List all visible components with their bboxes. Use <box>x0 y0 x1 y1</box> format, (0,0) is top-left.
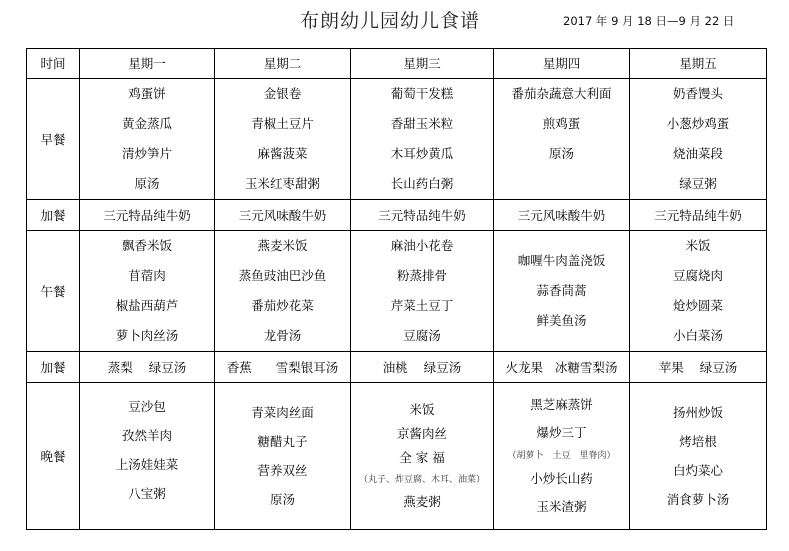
breakfast-row: 早餐 鸡蛋饼 黄金蒸瓜 清炒笋片 原汤 金银卷 青椒土豆片 麻酱菠菜 玉米红枣甜… <box>27 79 767 200</box>
menu-item: 鲜美鱼汤 <box>536 306 586 336</box>
menu-item: 长山药白粥 <box>391 169 454 199</box>
row-label-dinner: 晚餐 <box>27 383 80 530</box>
snack-fruit: 香蕉 <box>227 360 252 375</box>
menu-item: 番茄炒花菜 <box>251 291 314 321</box>
menu-item: 燕麦米饭 <box>257 231 307 261</box>
snack-fruit: 油桃 <box>383 360 408 375</box>
snack-thursday: 火龙果冰糖雪梨汤 <box>494 352 630 383</box>
dinner-tuesday: 青菜肉丝面 糖醋丸子 营养双丝 原汤 <box>215 383 351 530</box>
menu-item: 苜蓿肉 <box>128 261 166 291</box>
column-header-wednesday: 星期三 <box>351 49 494 79</box>
menu-item: 粉蒸排骨 <box>397 261 447 291</box>
menu-item: 豆沙包 <box>128 392 166 421</box>
menu-item-note: （丸子、炸豆腐、木耳、油菜） <box>359 470 485 490</box>
menu-item: 香甜玉米粒 <box>391 109 454 139</box>
date-range: 2017 年 9 月 18 日—9 月 22 日 <box>563 13 734 29</box>
column-header-thursday: 星期四 <box>494 49 630 79</box>
row-label-snack: 加餐 <box>27 200 80 231</box>
row-label-breakfast: 早餐 <box>27 79 80 200</box>
menu-item: 青椒土豆片 <box>251 109 314 139</box>
lunch-tuesday: 燕麦米饭 蒸鱼豉油巴沙鱼 番茄炒花菜 龙骨汤 <box>215 231 351 352</box>
menu-item: 青菜肉丝面 <box>251 398 314 427</box>
menu-item: 麻酱菠菜 <box>257 139 307 169</box>
menu-item: 豆腐烧肉 <box>673 261 723 291</box>
menu-item: 番茄杂蔬意大利面 <box>511 79 611 109</box>
menu-item: 蒜香茼蒿 <box>536 276 586 306</box>
snack-soup: 雪梨银耳汤 <box>276 360 339 375</box>
snack-monday: 蒸梨绿豆汤 <box>80 352 215 383</box>
column-header-tuesday: 星期二 <box>215 49 351 79</box>
menu-item: 米饭 <box>685 231 710 261</box>
menu-item: 龙骨汤 <box>264 321 302 351</box>
snack-fruit: 蒸梨 <box>108 360 133 375</box>
breakfast-thursday: 番茄杂蔬意大利面 煎鸡蛋 原汤 <box>494 79 630 200</box>
snack-soup: 冰糖雪梨汤 <box>555 360 618 375</box>
morning-snack-row: 加餐 三元特品纯牛奶 三元风味酸牛奶 三元特品纯牛奶 三元风味酸牛奶 三元特品纯… <box>27 200 767 231</box>
menu-item: 奶香馒头 <box>673 79 723 109</box>
menu-item: 玉米红枣甜粥 <box>245 169 320 199</box>
column-header-monday: 星期一 <box>80 49 215 79</box>
page-title: 布朗幼儿园幼儿食谱 <box>300 6 480 33</box>
header-row: 时间 星期一 星期二 星期三 星期四 星期五 <box>27 49 767 79</box>
lunch-monday: 飘香米饭 苜蓿肉 椒盐西葫芦 萝卜肉丝汤 <box>80 231 215 352</box>
snack-fruit: 火龙果 <box>505 360 543 375</box>
snack-tuesday: 三元风味酸牛奶 <box>215 200 351 231</box>
breakfast-wednesday: 葡萄干发糕 香甜玉米粒 木耳炒黄瓜 长山药白粥 <box>351 79 494 200</box>
menu-item: 麻油小花卷 <box>391 231 454 261</box>
menu-item: 咖喱牛肉盖浇饭 <box>518 246 606 276</box>
menu-item: 燕麦粥 <box>403 490 441 514</box>
menu-item: 鸡蛋饼 <box>128 79 166 109</box>
menu-item: 八宝粥 <box>128 479 166 508</box>
menu-item: 原汤 <box>134 169 159 199</box>
menu-item: 绿豆粥 <box>679 169 717 199</box>
menu-item: 飘香米饭 <box>122 231 172 261</box>
menu-item: 京酱肉丝 <box>397 422 447 446</box>
menu-item: 扬州炒饭 <box>673 398 723 427</box>
menu-item: 小白菜汤 <box>673 321 723 351</box>
lunch-wednesday: 麻油小花卷 粉蒸排骨 芹菜土豆丁 豆腐汤 <box>351 231 494 352</box>
lunch-row: 午餐 飘香米饭 苜蓿肉 椒盐西葫芦 萝卜肉丝汤 燕麦米饭 蒸鱼豉油巴沙鱼 番茄炒… <box>27 231 767 352</box>
snack-wednesday: 三元特品纯牛奶 <box>351 200 494 231</box>
row-label-snack: 加餐 <box>27 352 80 383</box>
menu-item: 消食萝卜汤 <box>667 485 730 514</box>
menu-item-note: （胡萝卜 土豆 里脊肉） <box>507 447 615 465</box>
menu-item: 玉米渣粥 <box>536 493 586 521</box>
menu-item: 孜然羊肉 <box>122 421 172 450</box>
menu-item: 上汤娃娃菜 <box>116 450 179 479</box>
snack-soup: 绿豆汤 <box>149 360 187 375</box>
dinner-thursday: 黑芝麻蒸饼 爆炒三丁 （胡萝卜 土豆 里脊肉） 小炒长山药 玉米渣粥 <box>494 383 630 530</box>
snack-thursday: 三元风味酸牛奶 <box>494 200 630 231</box>
menu-item: 煎鸡蛋 <box>543 109 581 139</box>
column-header-friday: 星期五 <box>630 49 767 79</box>
lunch-thursday: 咖喱牛肉盖浇饭 蒜香茼蒿 鲜美鱼汤 <box>494 231 630 352</box>
menu-item: 椒盐西葫芦 <box>116 291 179 321</box>
menu-item: 豆腐汤 <box>403 321 441 351</box>
menu-item: 小葱炒鸡蛋 <box>667 109 730 139</box>
afternoon-snack-row: 加餐 蒸梨绿豆汤 香蕉雪梨银耳汤 油桃绿豆汤 火龙果冰糖雪梨汤 苹果绿豆汤 <box>27 352 767 383</box>
menu-item: 萝卜肉丝汤 <box>116 321 179 351</box>
menu-item: 金银卷 <box>264 79 302 109</box>
snack-tuesday: 香蕉雪梨银耳汤 <box>215 352 351 383</box>
menu-item: 营养双丝 <box>257 456 307 485</box>
dinner-monday: 豆沙包 孜然羊肉 上汤娃娃菜 八宝粥 <box>80 383 215 530</box>
snack-soup: 绿豆汤 <box>700 360 738 375</box>
menu-item: 清炒笋片 <box>122 139 172 169</box>
menu-item: 原汤 <box>549 139 574 169</box>
menu-item: 米饭 <box>409 398 434 422</box>
snack-friday: 三元特品纯牛奶 <box>630 200 767 231</box>
row-label-lunch: 午餐 <box>27 231 80 352</box>
menu-item: 小炒长山药 <box>530 465 593 493</box>
snack-friday: 苹果绿豆汤 <box>630 352 767 383</box>
snack-wednesday: 油桃绿豆汤 <box>351 352 494 383</box>
menu-item: 黑芝麻蒸饼 <box>530 391 593 419</box>
menu-item: 原汤 <box>270 485 295 514</box>
menu-item: 炝炒圆菜 <box>673 291 723 321</box>
menu-item: 全 家 福 <box>399 446 444 470</box>
menu-item: 芹菜土豆丁 <box>391 291 454 321</box>
menu-item: 白灼菜心 <box>673 456 723 485</box>
menu-item: 烧油菜段 <box>673 139 723 169</box>
menu-item: 葡萄干发糕 <box>391 79 454 109</box>
menu-item: 糖醋丸子 <box>257 427 307 456</box>
menu-item: 爆炒三丁 <box>536 419 586 447</box>
dinner-wednesday: 米饭 京酱肉丝 全 家 福 （丸子、炸豆腐、木耳、油菜） 燕麦粥 <box>351 383 494 530</box>
lunch-friday: 米饭 豆腐烧肉 炝炒圆菜 小白菜汤 <box>630 231 767 352</box>
snack-fruit: 苹果 <box>659 360 684 375</box>
dinner-friday: 扬州炒饭 烤培根 白灼菜心 消食萝卜汤 <box>630 383 767 530</box>
menu-item: 烤培根 <box>679 427 717 456</box>
menu-item: 黄金蒸瓜 <box>122 109 172 139</box>
snack-monday: 三元特品纯牛奶 <box>80 200 215 231</box>
menu-item: 蒸鱼豉油巴沙鱼 <box>239 261 327 291</box>
snack-soup: 绿豆汤 <box>424 360 462 375</box>
breakfast-tuesday: 金银卷 青椒土豆片 麻酱菠菜 玉米红枣甜粥 <box>215 79 351 200</box>
column-header-time: 时间 <box>27 49 80 79</box>
breakfast-monday: 鸡蛋饼 黄金蒸瓜 清炒笋片 原汤 <box>80 79 215 200</box>
menu-item: 木耳炒黄瓜 <box>391 139 454 169</box>
breakfast-friday: 奶香馒头 小葱炒鸡蛋 烧油菜段 绿豆粥 <box>630 79 767 200</box>
dinner-row: 晚餐 豆沙包 孜然羊肉 上汤娃娃菜 八宝粥 青菜肉丝面 糖醋丸子 营养双丝 原汤… <box>27 383 767 530</box>
menu-table: 时间 星期一 星期二 星期三 星期四 星期五 早餐 鸡蛋饼 黄金蒸瓜 清炒笋片 … <box>26 48 767 530</box>
